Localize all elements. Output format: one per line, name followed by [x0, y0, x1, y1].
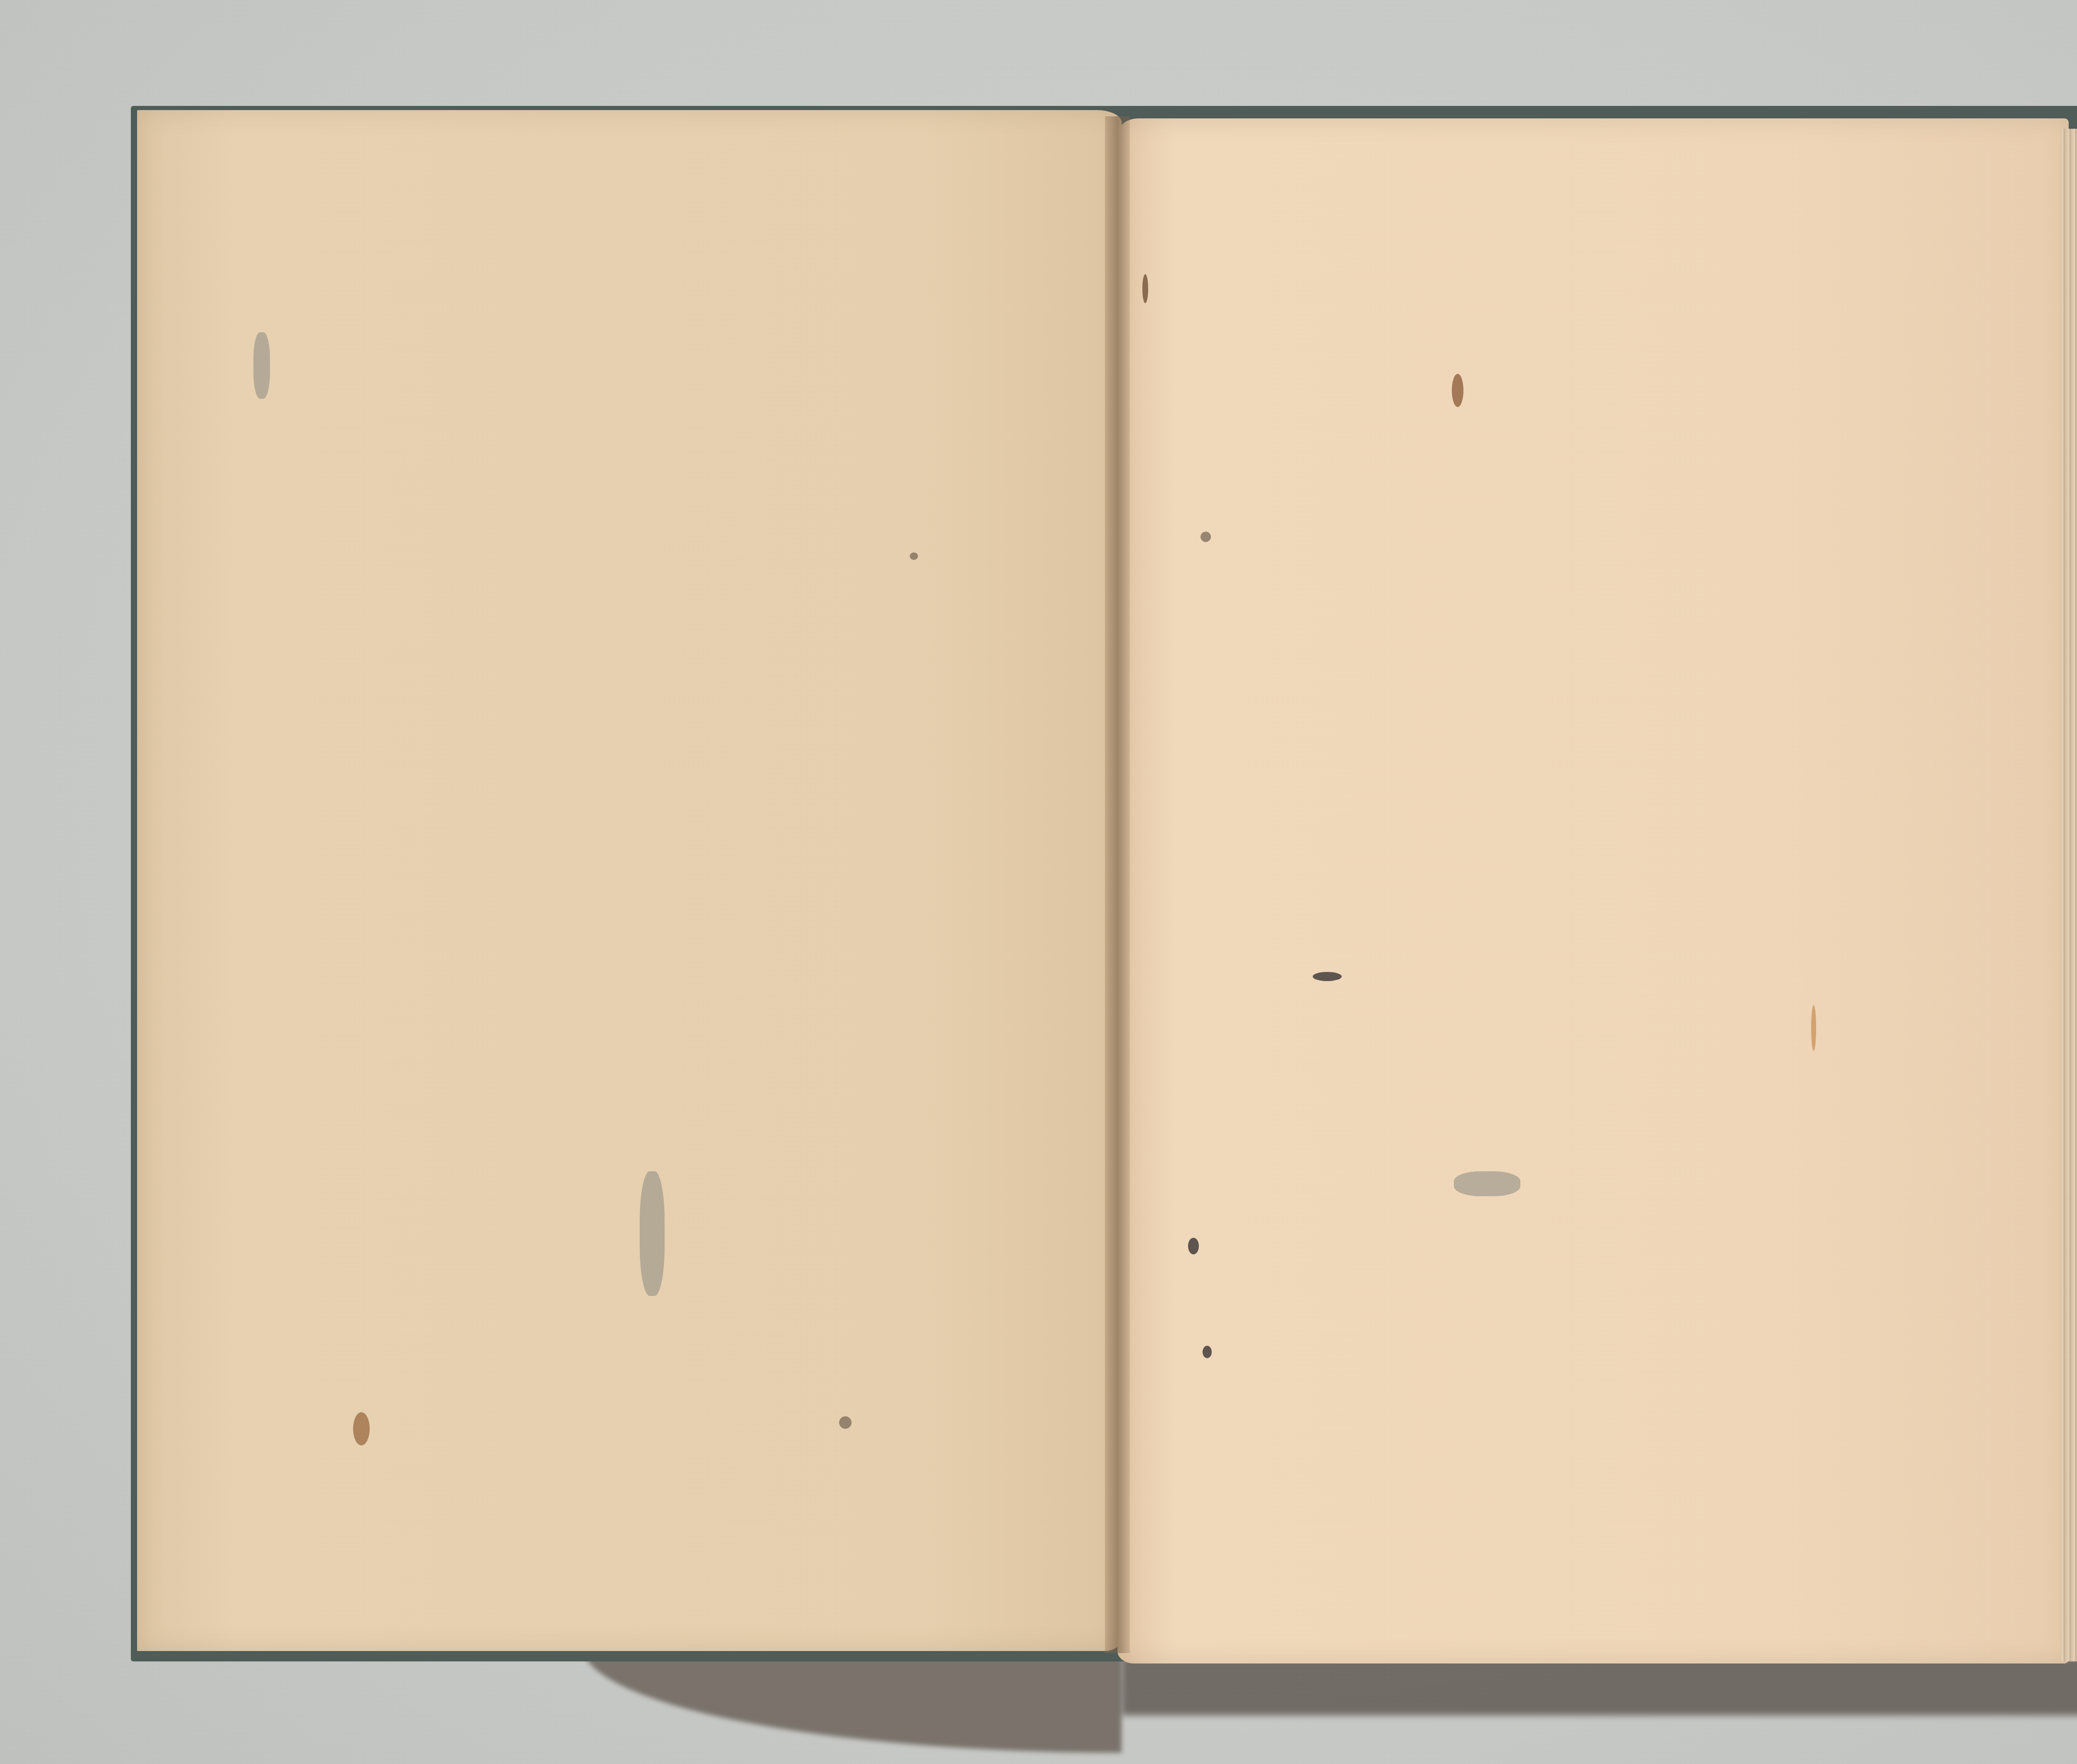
left-page	[137, 110, 1122, 1651]
right-page	[1117, 118, 2069, 1663]
paper-fiber-mark	[640, 1171, 665, 1296]
paper-fiber-mark	[253, 332, 270, 399]
paper-speck	[1313, 972, 1342, 981]
paper-fiber-mark	[1454, 1171, 1520, 1196]
paper-speck	[839, 1416, 852, 1429]
paper-speck	[1811, 1005, 1816, 1051]
book-gutter	[1105, 116, 1130, 1653]
paper-speck	[1201, 532, 1211, 542]
book-shadow-right	[1122, 1657, 2077, 1715]
paper-speck	[1203, 1346, 1212, 1358]
paper-speck	[1142, 274, 1148, 303]
photo-scene	[0, 0, 2077, 1764]
paper-speck	[353, 1412, 370, 1445]
page-block-fore-edge	[2060, 129, 2077, 1661]
paper-speck	[1188, 1238, 1199, 1254]
paper-speck	[910, 552, 918, 560]
paper-speck	[1452, 374, 1463, 407]
